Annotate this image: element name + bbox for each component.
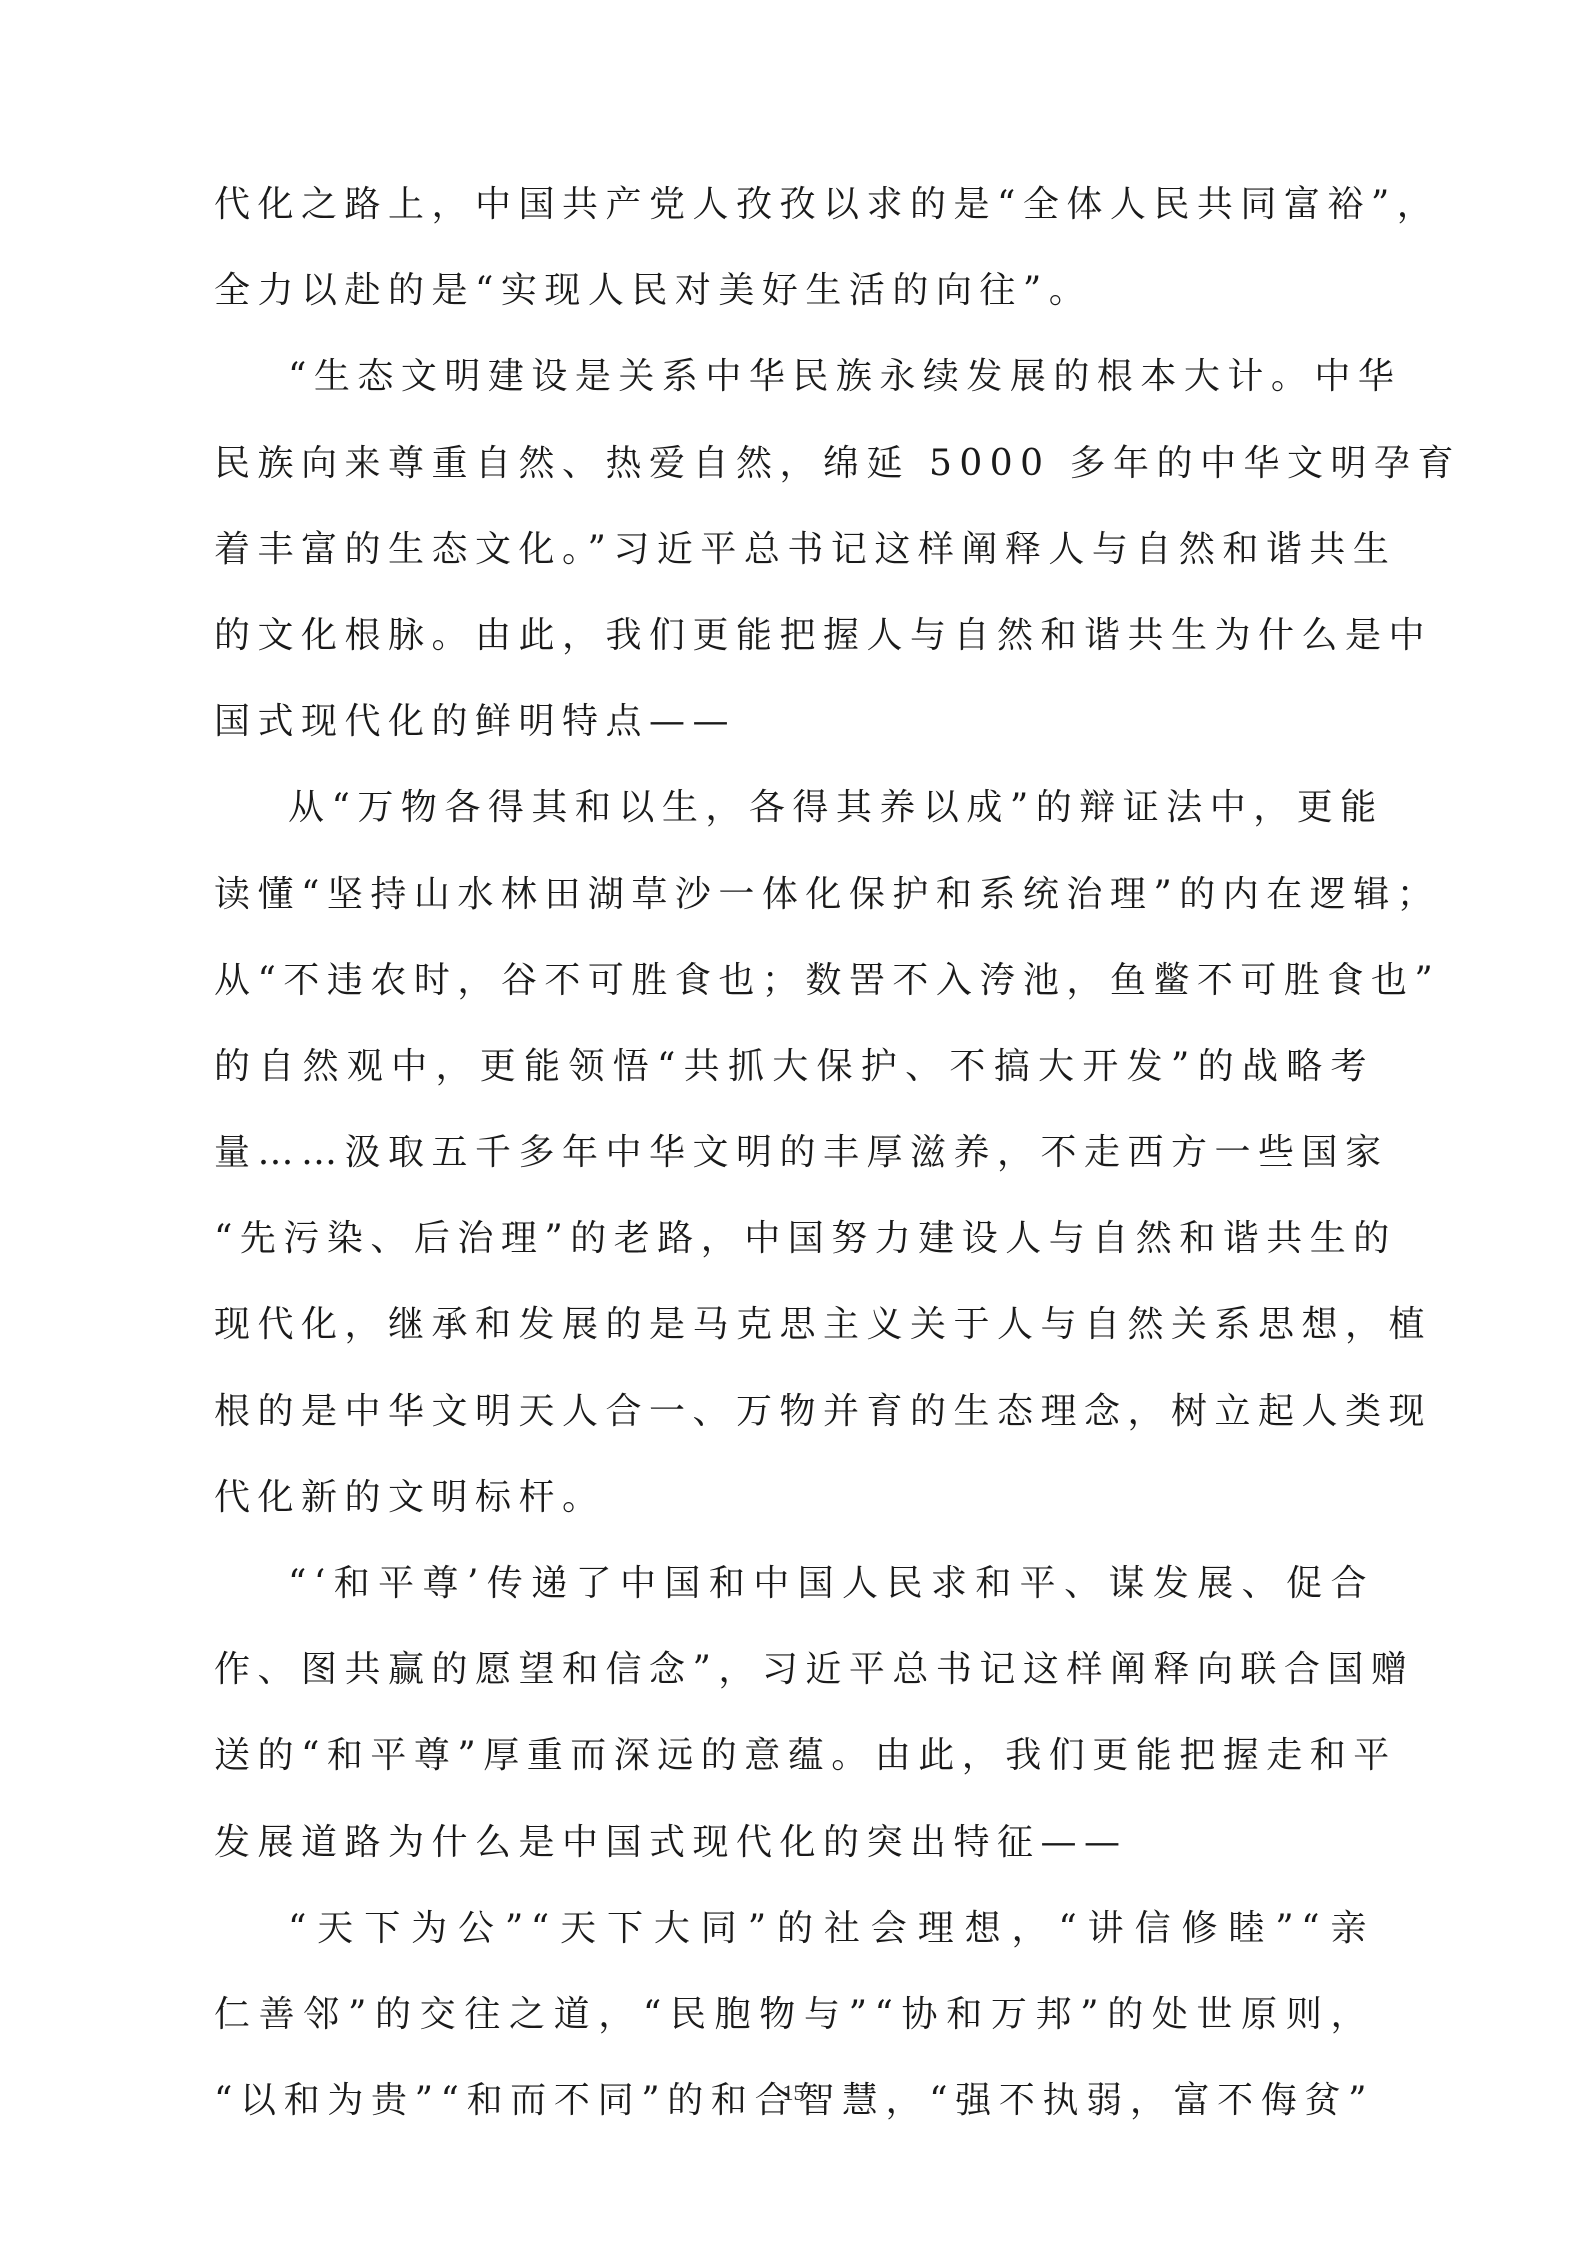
text-line: 读懂“坚持山水林田湖草沙一体化保护和系统治理”的内在逻辑；	[214, 862, 1374, 948]
text-line: 现代化，继承和发展的是马克思主义关于人与自然关系思想，植	[214, 1292, 1374, 1378]
text-line: 全力以赴的是“实现人民对美好生活的向往”。	[214, 258, 1374, 344]
document-page: 代化之路上，中国共产党人孜孜以求的是“全体人民共同富裕”， 全力以赴的是“实现人…	[0, 0, 1587, 2245]
text-line: 从“不违农时，谷不可胜食也；数罟不入洿池，鱼鳖不可胜食也”	[214, 948, 1374, 1034]
text-line: 根的是中华文明天人合一、万物并育的生态理念，树立起人类现	[214, 1379, 1374, 1465]
body-text: 代化之路上，中国共产党人孜孜以求的是“全体人民共同富裕”， 全力以赴的是“实现人…	[214, 172, 1374, 2154]
paragraph-start-line: “‘和平尊’传递了中国和中国人民求和平、谋发展、促合	[214, 1551, 1374, 1637]
text-line: 的自然观中，更能领悟“共抓大保护、不搞大开发”的战略考	[214, 1034, 1374, 1120]
text-line: 量……汲取五千多年中华文明的丰厚滋养，不走西方一些国家	[214, 1120, 1374, 1206]
text-line: 着丰富的生态文化。”习近平总书记这样阐释人与自然和谐共生	[214, 517, 1374, 603]
text-line: 发展道路为什么是中国式现代化的突出特征——	[214, 1810, 1374, 1896]
text-line: 国式现代化的鲜明特点——	[214, 689, 1374, 775]
text-line: 的文化根脉。由此，我们更能把握人与自然和谐共生为什么是中	[214, 603, 1374, 689]
paragraph-start-line: “生态文明建设是关系中华民族永续发展的根本大计。中华	[214, 344, 1374, 430]
text-line: 代化之路上，中国共产党人孜孜以求的是“全体人民共同富裕”，	[214, 172, 1374, 258]
text-line: “先污染、后治理”的老路，中国努力建设人与自然和谐共生的	[214, 1206, 1374, 1292]
paragraph-start-line: “天下为公”“天下大同”的社会理想，“讲信修睦”“亲	[214, 1896, 1374, 1982]
text-line: 仁善邻”的交往之道，“民胞物与”“协和万邦”的处世原则，	[214, 1982, 1374, 2068]
text-line: 代化新的文明标杆。	[214, 1465, 1374, 1551]
paragraph-start-line: 从“万物各得其和以生，各得其养以成”的辩证法中，更能	[214, 775, 1374, 861]
text-line: 送的“和平尊”厚重而深远的意蕴。由此，我们更能把握走和平	[214, 1723, 1374, 1809]
text-line: 民族向来尊重自然、热爱自然，绵延 5000 多年的中华文明孕育	[214, 431, 1374, 517]
page-number: 15	[0, 2080, 1587, 2106]
text-line: 作、图共赢的愿望和信念”，习近平总书记这样阐释向联合国赠	[214, 1637, 1374, 1723]
